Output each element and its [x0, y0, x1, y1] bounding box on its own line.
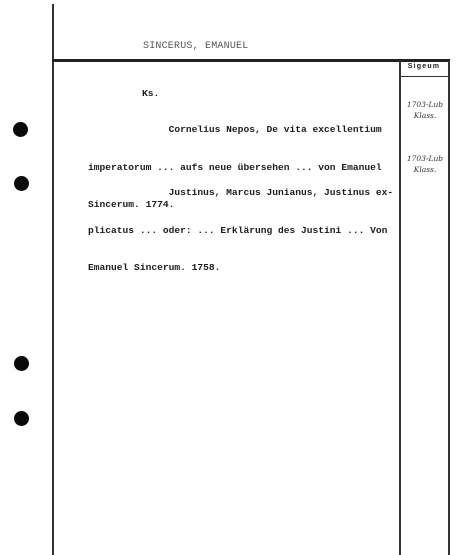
- punch-hole: [14, 176, 29, 191]
- signature-note: 1703-Lub Klass.: [400, 99, 450, 121]
- heading-divider: [52, 59, 450, 62]
- section-label: Ks.: [142, 88, 159, 99]
- catalog-entry: Justinus, Marcus Junianus, Justinus ex- …: [88, 162, 396, 287]
- punch-hole: [14, 411, 29, 426]
- signature-column-left-rule: [399, 61, 401, 555]
- signature-column-right-rule: [448, 61, 450, 555]
- left-margin-rule: [52, 4, 54, 555]
- entry-line: Justinus, Marcus Junianus, Justinus ex-: [88, 187, 396, 200]
- entry-line: Cornelius Nepos, De vita excellentium: [88, 124, 396, 137]
- punch-hole: [14, 356, 29, 371]
- signature-column-label: Sigeum: [400, 63, 448, 70]
- entry-line: Emanuel Sincerum. 1758.: [88, 262, 396, 275]
- entry-line: plicatus ... oder: ... Erklärung des Jus…: [88, 225, 396, 238]
- signature-line: 1703-Lub: [400, 99, 450, 110]
- punch-hole: [13, 122, 28, 137]
- signature-line: Klass.: [400, 164, 450, 175]
- signature-line: 1703-Lub: [400, 153, 450, 164]
- card-heading: SINCERUS, EMANUEL: [143, 41, 248, 52]
- signature-line: Klass.: [400, 110, 450, 121]
- signature-note: 1703-Lub Klass.: [400, 153, 450, 175]
- signature-header-divider: [399, 76, 450, 77]
